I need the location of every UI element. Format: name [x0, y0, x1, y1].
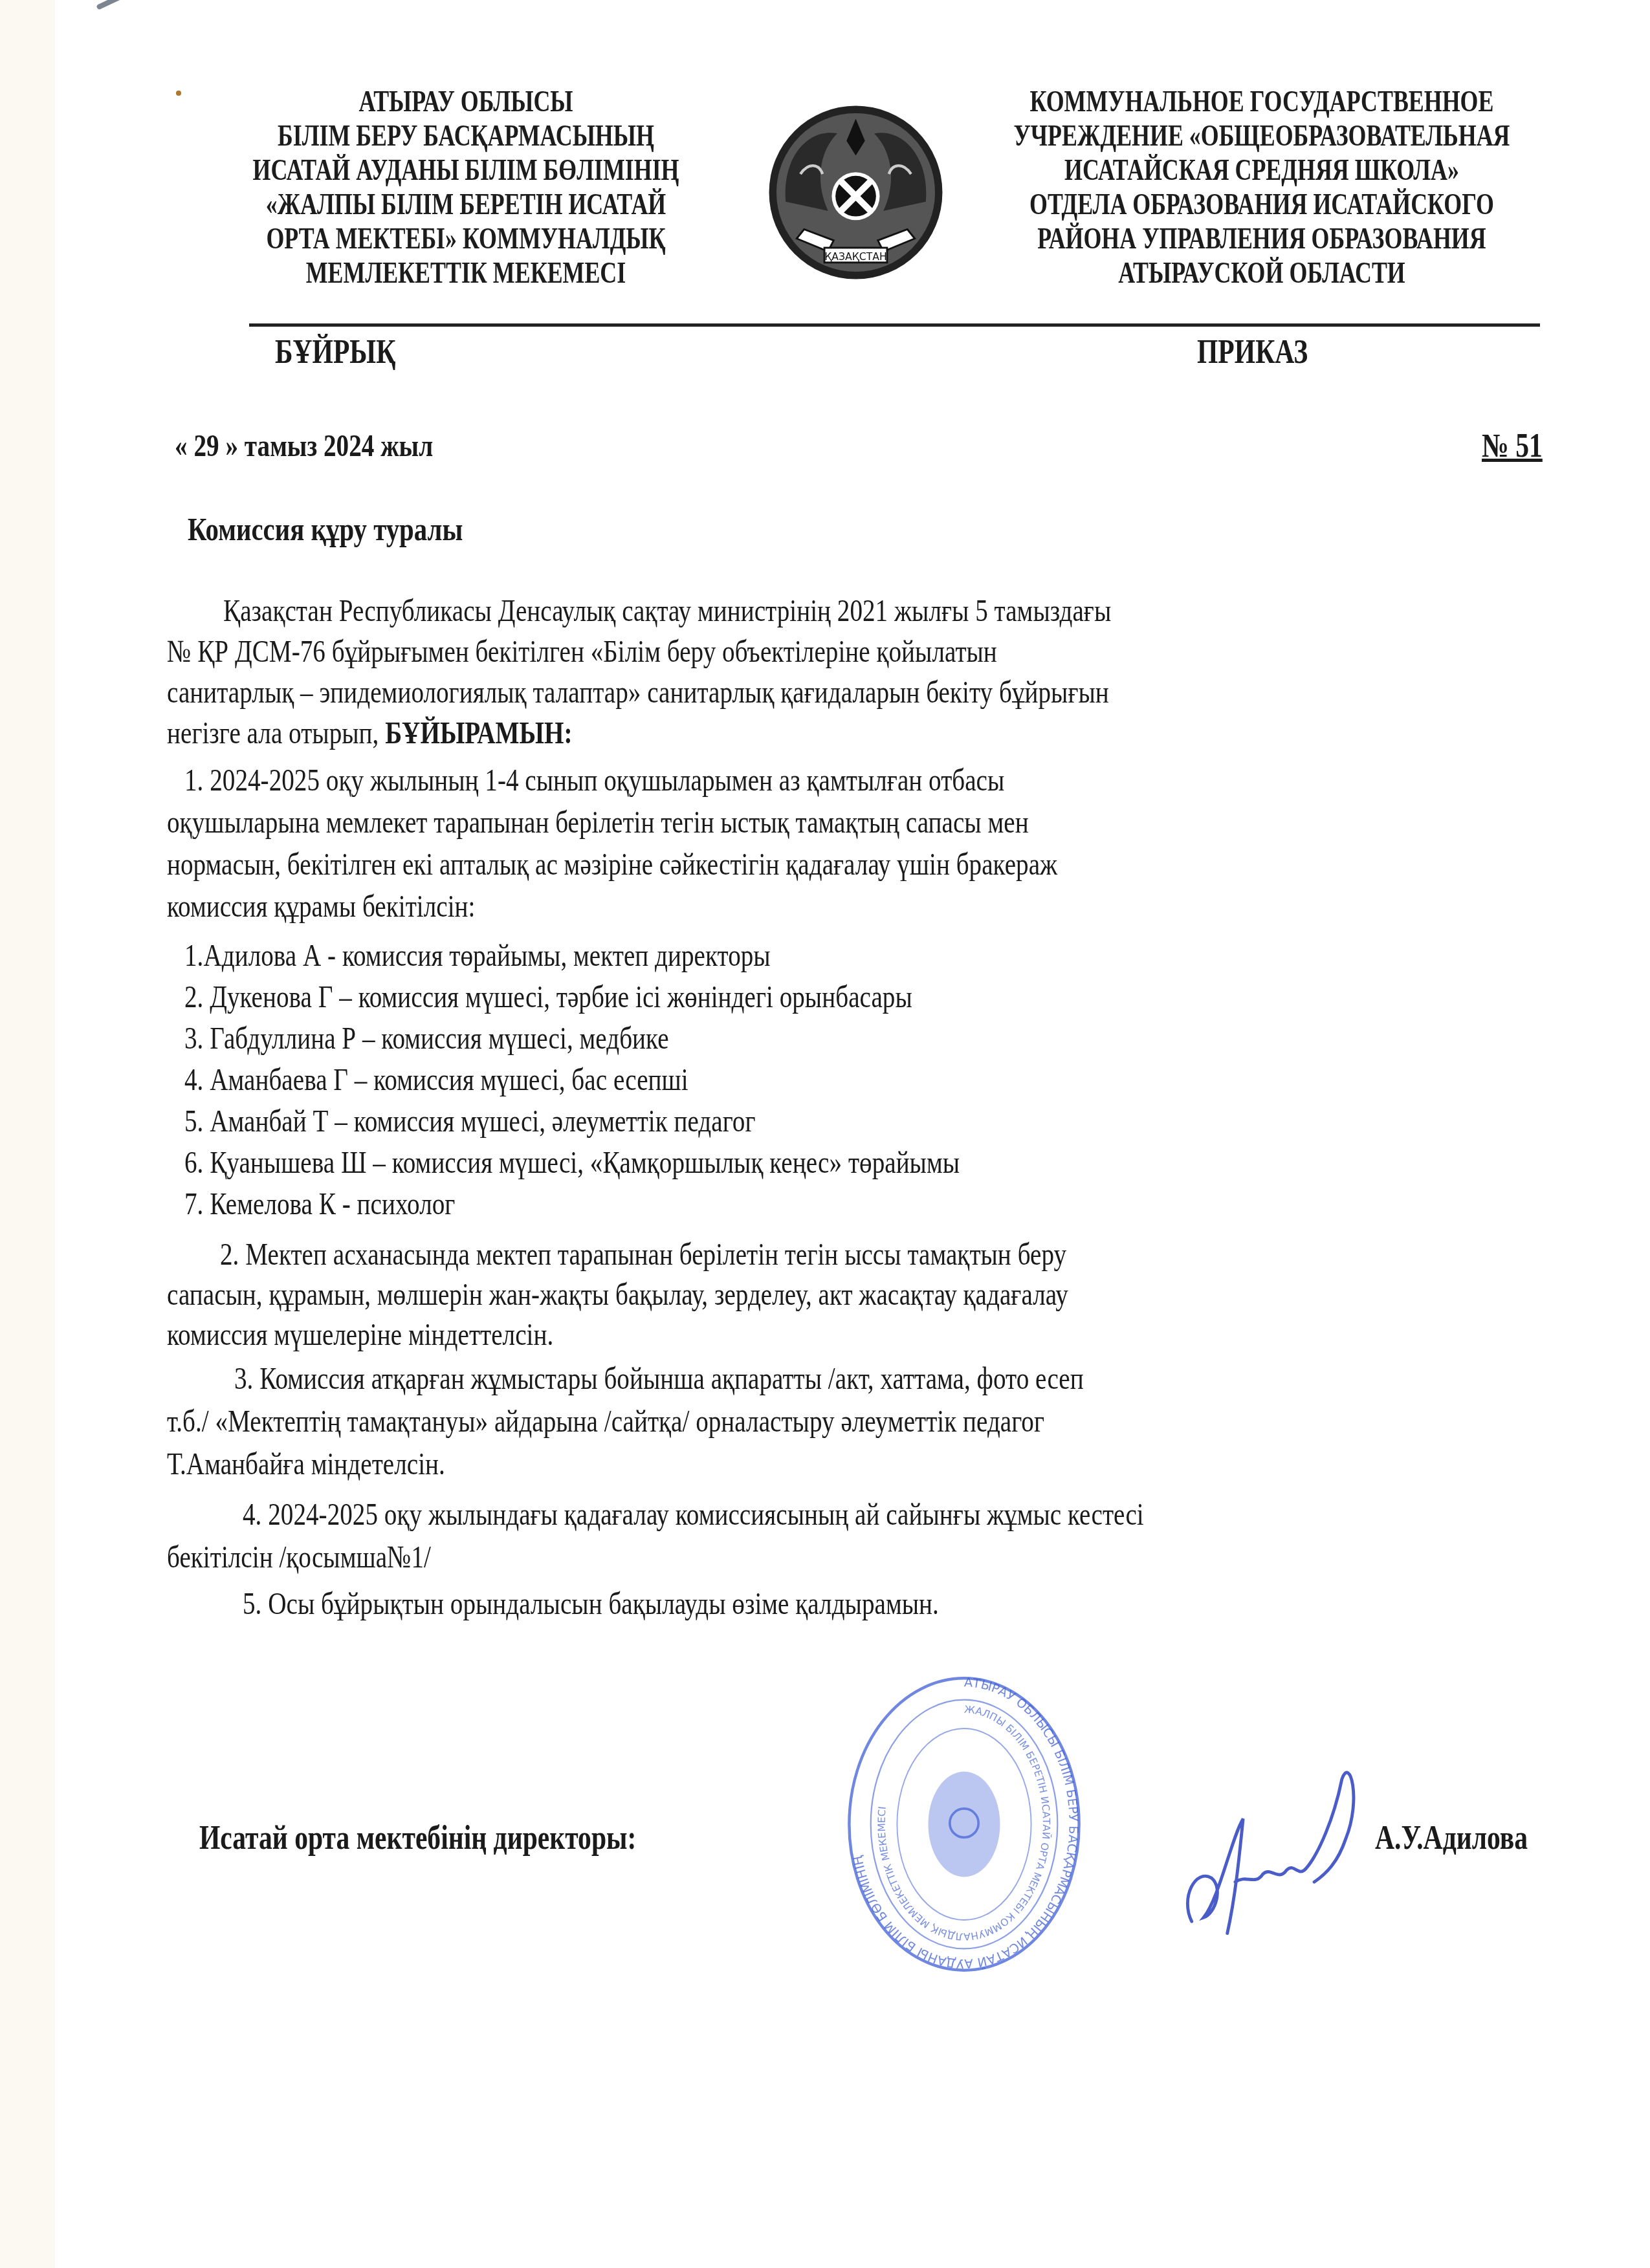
header-kz-line: АТЫРАУ ОБЛЫСЫ — [183, 84, 749, 118]
member-item: 4. Аманбаева Г – комиссия мүшесі, бас ес… — [184, 1061, 688, 1098]
item4-line: 4. 2024-2025 оқу жылындағы қадағалау ком… — [243, 1496, 1144, 1532]
item2-line: 2. Мектеп асханасында мектеп тарапынан б… — [220, 1236, 1066, 1272]
item3-line: Т.Аманбайға міндетелсін. — [167, 1445, 445, 1482]
header-ru-line: УЧРЕЖДЕНИЕ «ОБЩЕОБРАЗОВАТЕЛЬНАЯ — [979, 118, 1545, 153]
doc-type-kz: БҰЙРЫҚ — [275, 333, 395, 371]
item2-line: комиссия мүшелеріне міндеттелсін. — [167, 1316, 553, 1353]
director-signature-icon — [1174, 1760, 1375, 1947]
scan-speck — [176, 91, 181, 96]
header-ru-line: КОММУНАЛЬНОЕ ГОСУДАРСТВЕННОЕ — [979, 84, 1545, 118]
preamble-text: негізге ала отырып, — [167, 715, 385, 750]
preamble-line: Қазақстан Республикасы Денсаулық сақтау … — [223, 592, 1111, 629]
preamble-line: санитарлық – эпидемиологиялық талаптар» … — [167, 673, 1109, 710]
item5-line: 5. Осы бұйрықтын орындалысын бақылауды ө… — [243, 1585, 939, 1622]
header-ru-line: РАЙОНА УПРАВЛЕНИЯ ОБРАЗОВАНИЯ — [979, 221, 1545, 256]
order-date: « 29 » тамыз 2024 жыл — [175, 427, 433, 464]
member-item: 2. Дукенова Г – комиссия мүшесі, тәрбие … — [184, 978, 912, 1015]
preamble-line: № ҚР ДСМ-76 бұйрығымен бекітілген «Білім… — [167, 633, 997, 670]
order-verb: БҰЙЫРАМЫН: — [385, 715, 572, 750]
state-emblem-icon: ҚАЗАҚСТАН — [764, 100, 948, 285]
item4-line: бекітілсін /қосымша№1/ — [167, 1538, 431, 1575]
member-item: 7. Кемелова К - психолог — [184, 1185, 455, 1222]
item1-line: комиссия құрамы бекітілсін: — [167, 888, 475, 924]
header-kz-line: ОРТА МЕКТЕБІ» КОММУНАЛДЫҚ — [183, 221, 749, 256]
svg-text:ҚАЗАҚСТАН: ҚАЗАҚСТАН — [824, 250, 887, 263]
header-ru-line: ОТДЕЛА ОБРАЗОВАНИЯ ИСАТАЙСКОГО — [979, 187, 1545, 221]
item1-line: оқушыларына мемлекет тарапынан берілетін… — [167, 803, 1029, 840]
document-page: АТЫРАУ ОБЛЫСЫ БІЛІМ БЕРУ БАСҚАРМАСЫНЫҢ И… — [0, 0, 1650, 2268]
member-item: 6. Қуанышева Ш – комиссия мүшесі, «Қамқо… — [184, 1144, 960, 1181]
preamble-last-line: негізге ала отырып, БҰЙЫРАМЫН: — [167, 714, 573, 751]
item3-line: 3. Комиссия атқарған жұмыстары бойынша а… — [234, 1360, 1084, 1397]
header-ru-line: АТЫРАУСКОЙ ОБЛАСТИ — [979, 256, 1545, 290]
header-ru-line: ИСАТАЙСКАЯ СРЕДНЯЯ ШКОЛА» — [979, 153, 1545, 187]
order-number: № 51 — [1482, 427, 1543, 465]
header-kz-line: МЕМЛЕКЕТТІК МЕКЕМЕСІ — [183, 256, 749, 290]
signer-name: А.У.Адилова — [1375, 1819, 1528, 1857]
doc-type-ru: ПРИКАЗ — [1197, 333, 1308, 371]
header-kz-line: БІЛІМ БЕРУ БАСҚАРМАСЫНЫҢ — [183, 118, 749, 153]
header-kz-line: «ЖАЛПЫ БІЛІМ БЕРЕТІН ИСАТАЙ — [183, 187, 749, 221]
member-item: 3. Габдуллина Р – комиссия мүшесі, медби… — [184, 1020, 669, 1056]
official-stamp-icon: АТЫРАУ ОБЛЫСЫ БІЛІМ БЕРУ БАСҚАРМАСЫНЫҢ И… — [844, 1672, 1084, 1976]
order-title: Комиссия құру туралы — [188, 511, 463, 549]
signer-position: Исатай орта мектебінің директоры: — [199, 1819, 636, 1857]
header-russian: КОММУНАЛЬНОЕ ГОСУДАРСТВЕННОЕ УЧРЕЖДЕНИЕ … — [979, 84, 1545, 290]
header-kazakh: АТЫРАУ ОБЛЫСЫ БІЛІМ БЕРУ БАСҚАРМАСЫНЫҢ И… — [183, 84, 749, 290]
scan-margin — [0, 0, 55, 2268]
member-item: 5. Аманбай Т – комиссия мүшесі, әлеуметт… — [184, 1102, 756, 1139]
item1-line: 1. 2024-2025 оқу жылының 1-4 сынып оқушы… — [184, 761, 1004, 798]
item2-line: сапасын, құрамын, мөлшерін жан-жақты бақ… — [167, 1276, 1068, 1313]
item3-line: т.б./ «Мектептің тамақтануы» айдарына /с… — [167, 1402, 1044, 1439]
member-item: 1.Адилова А - комиссия төрайымы, мектеп … — [184, 937, 771, 974]
header-divider — [249, 323, 1540, 327]
header-kz-line: ИСАТАЙ АУДАНЫ БІЛІМ БӨЛІМІНІҢ — [183, 153, 749, 187]
item1-line: нормасын, бекітілген екі апталық ас мәзі… — [167, 845, 1057, 882]
staple-mark — [96, 0, 157, 10]
